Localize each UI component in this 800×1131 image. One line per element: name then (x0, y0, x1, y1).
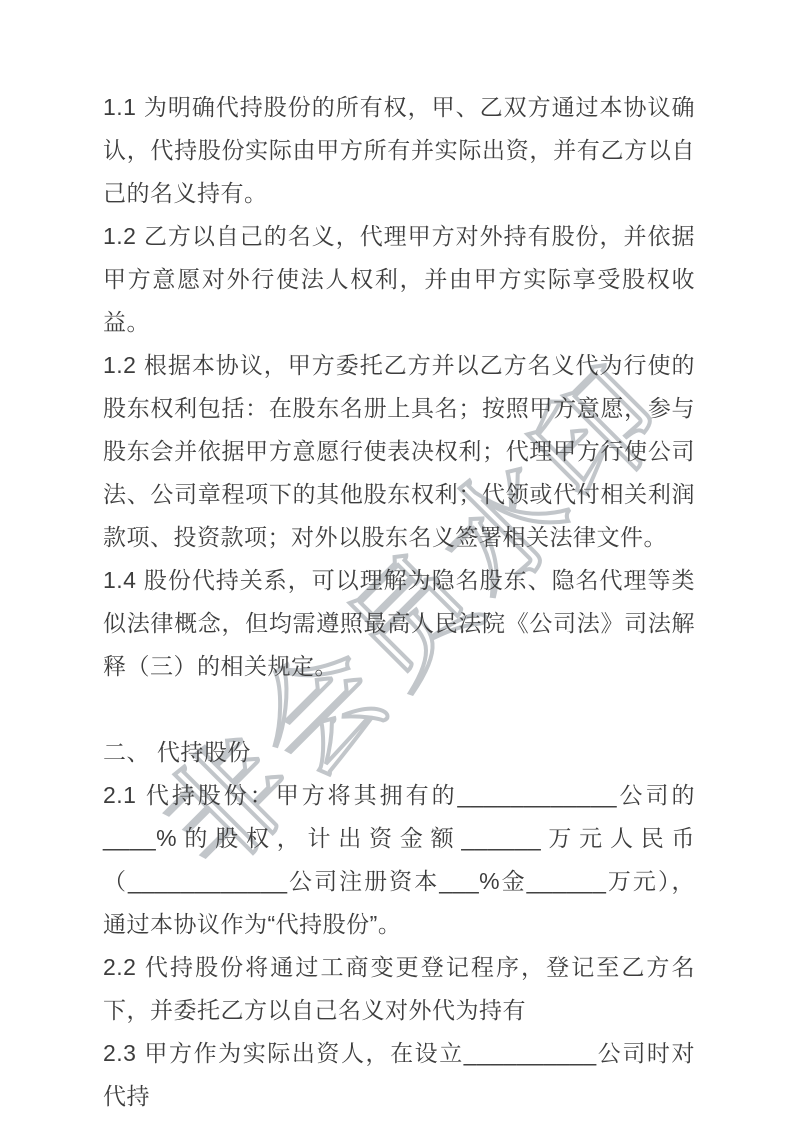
clause-1-2-duplicate: 1.2 根据本协议，甲方委托乙方并以乙方名义代为行使的股东权利包括：在股东名册上… (103, 344, 695, 559)
document-page: 非会员水印 1.1 为明确代持股份的所有权，甲、乙双方通过本协议确认，代持股份实… (0, 0, 800, 1131)
clause-1-1: 1.1 为明确代持股份的所有权，甲、乙双方通过本协议确认，代持股份实际由甲方所有… (103, 86, 695, 215)
clause-2-2: 2.2 代持股份将通过工商变更登记程序，登记至乙方名下，并委托乙方以自己名义对外… (103, 946, 695, 1032)
clause-2-1: 2.1 代持股份：甲方将其拥有的____________公司的____%的股权，… (103, 774, 695, 946)
document-content: 1.1 为明确代持股份的所有权，甲、乙双方通过本协议确认，代持股份实际由甲方所有… (103, 86, 695, 1118)
clause-2-3: 2.3 甲方作为实际出资人，在设立__________公司时对代持 (103, 1032, 695, 1118)
clause-1-2: 1.2 乙方以自己的名义，代理甲方对外持有股份，并依据甲方意愿对外行使法人权利，… (103, 215, 695, 344)
clause-1-4: 1.4 股份代持关系，可以理解为隐名股东、隐名代理等类似法律概念，但均需遵照最高… (103, 559, 695, 688)
section-heading-2: 二、 代持股份 (103, 731, 695, 774)
